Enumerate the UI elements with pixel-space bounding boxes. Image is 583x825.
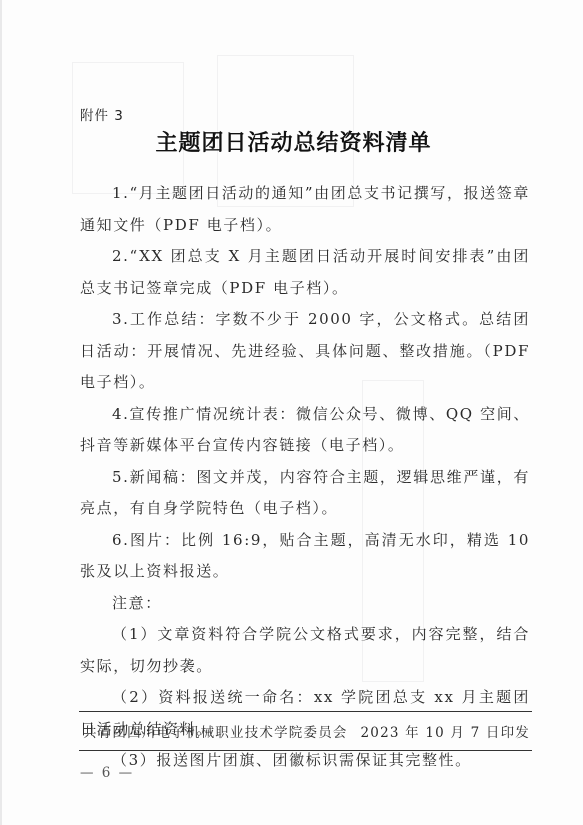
issue-date: 2023 年 10 月 7 日印发 [361, 721, 530, 741]
page-number: — 6 — [80, 765, 134, 781]
document-title: 主题团日活动总结资料清单 [2, 126, 583, 157]
issuance-footer: 共青团四川电子机械职业技术学院委员会 2023 年 10 月 7 日印发 [79, 711, 532, 751]
list-item: 4.宣传推广情况统计表：微信公众号、微博、QQ 空间、抖音等新媒体平台宣传内容链… [80, 399, 530, 462]
notes-heading: 注意： [80, 588, 530, 620]
list-item: 6.图片：比例 16:9，贴合主题，高清无水印，精选 10 张及以上资料报送。 [80, 525, 530, 588]
list-item: 3.工作总结：字数不少于 2000 字，公文格式。总结团日活动：开展情况、先进经… [80, 304, 530, 399]
list-item: 5.新闻稿：图文并茂，内容符合主题，逻辑思维严谨，有亮点，有自身学院特色（电子档… [80, 462, 530, 525]
list-item: 1.“月主题团日活动的通知”由团总支书记撰写，报送签章通知文件（PDF 电子档）… [80, 178, 530, 241]
document-body: 1.“月主题团日活动的通知”由团总支书记撰写，报送签章通知文件（PDF 电子档）… [80, 178, 530, 777]
note-item: （1）文章资料符合学院公文格式要求，内容完整，结合实际，切勿抄袭。 [80, 619, 530, 682]
list-item: 2.“XX 团总支 X 月主题团日活动开展时间安排表”由团总支书记签章完成（PD… [80, 241, 530, 304]
document-page: 附件 3 主题团日活动总结资料清单 1.“月主题团日活动的通知”由团总支书记撰写… [0, 0, 583, 825]
issuer-name: 共青团四川电子机械职业技术学院委员会 [83, 721, 348, 741]
attachment-label: 附件 3 [80, 104, 124, 124]
